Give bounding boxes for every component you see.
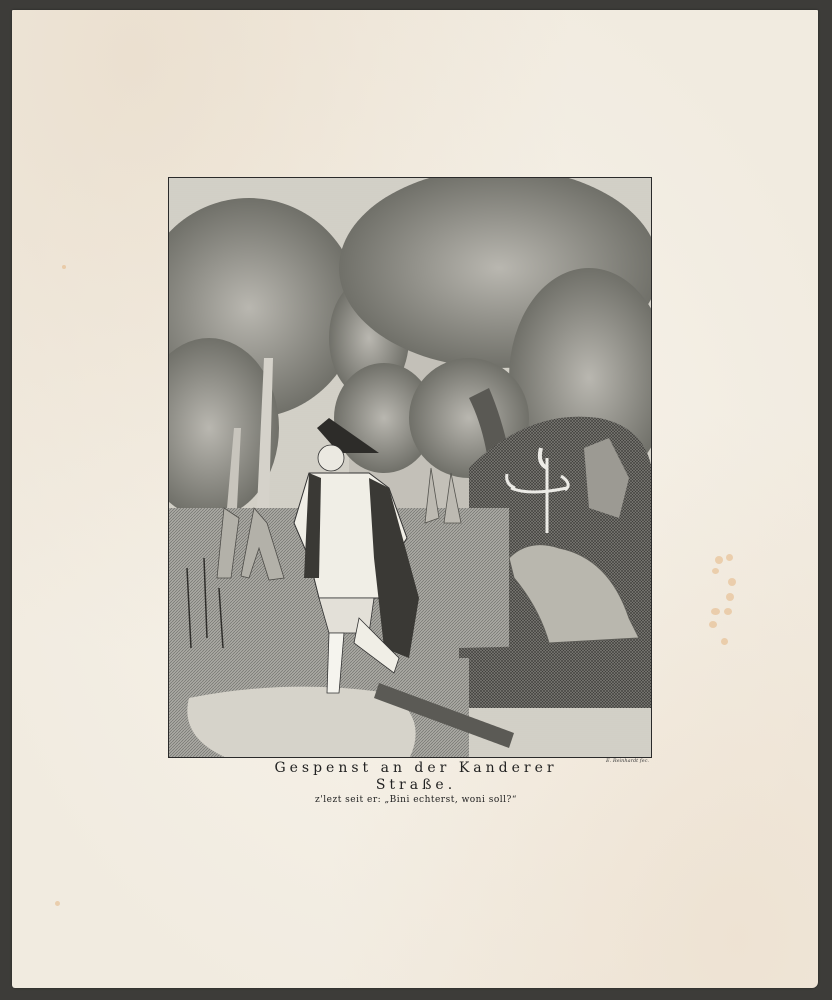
stone-wall [459, 643, 652, 708]
foxing-spot [62, 265, 66, 269]
foxing-spot [55, 901, 60, 906]
foxing-spot [711, 608, 720, 615]
foxing-spot [726, 554, 733, 561]
print-title-line1: Gespenst an der Kanderer [0, 760, 832, 776]
print-title-line2: Straße. [0, 777, 832, 793]
foxing-spot [726, 593, 734, 601]
foxing-spot [721, 638, 728, 645]
foxing-spot [709, 621, 717, 628]
foxing-spot [728, 578, 736, 586]
engraving-plate [168, 177, 652, 758]
foxing-spot [712, 568, 719, 574]
print-subtitle: z'lezt seit er: „Bini echterst, woni sol… [0, 795, 832, 805]
foxing-spot [715, 556, 723, 564]
engraving-scene [169, 178, 652, 758]
foxing-spot [724, 608, 732, 615]
